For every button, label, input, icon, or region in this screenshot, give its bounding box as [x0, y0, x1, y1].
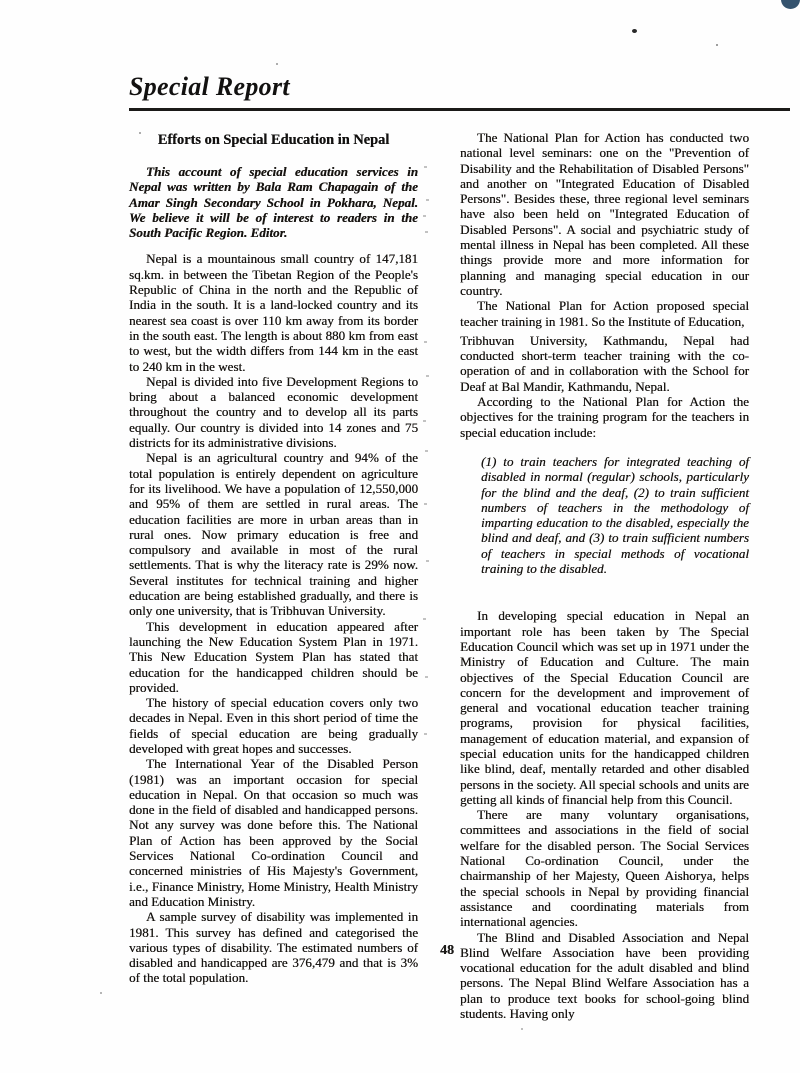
right-column: The National Plan for Action has conduct…	[460, 130, 749, 1021]
ink-speck	[716, 44, 718, 46]
paragraph: Nepal is an agricultural country and 94%…	[129, 450, 418, 618]
article-title: Efforts on Special Education in Nepal	[129, 132, 418, 148]
paragraph: Nepal is a mountainous small country of …	[129, 251, 418, 373]
paragraph: The National Plan for Action has conduct…	[460, 130, 749, 298]
paragraph: There are many voluntary organisations, …	[460, 807, 749, 929]
scanned-page: Special Report Efforts on Special Educat…	[0, 0, 800, 1073]
paragraph-continuation: Tribhuvan University, Kathmandu, Nepal h…	[460, 333, 749, 394]
ink-speck	[632, 29, 637, 33]
gutter-mark	[424, 503, 427, 505]
paragraph: In developing special education in Nepal…	[460, 608, 749, 807]
gutter-mark	[424, 341, 427, 343]
training-objectives-quote: (1) to train teachers for integrated tea…	[460, 454, 749, 576]
editor-note: This account of special education servic…	[129, 164, 418, 240]
gutter-mark	[425, 231, 428, 233]
ink-speck	[276, 63, 278, 65]
paragraph: The International Year of the Disabled P…	[129, 756, 418, 909]
ink-speck	[139, 132, 141, 134]
paragraph: According to the National Plan for Actio…	[460, 394, 749, 440]
gutter-mark	[425, 676, 428, 678]
gutter-mark	[426, 560, 429, 562]
section-header-title: Special Report	[129, 72, 790, 102]
paragraph: Nepal is divided into five Development R…	[129, 374, 418, 450]
gutter-mark	[423, 618, 426, 620]
gutter-mark	[423, 215, 426, 217]
gutter-mark	[426, 375, 429, 377]
paragraph: The history of special education covers …	[129, 695, 418, 756]
paragraph: A sample survey of disability was implem…	[129, 909, 418, 985]
paragraph: The Blind and Disabled Association and N…	[460, 930, 749, 1022]
ink-speck	[521, 1028, 523, 1030]
page-number: 48	[440, 943, 454, 959]
gutter-mark	[424, 166, 427, 168]
report-header: Special Report	[129, 72, 790, 111]
gutter-mark	[423, 420, 426, 422]
paragraph: This development in education appeared a…	[129, 619, 418, 695]
paragraph: The National Plan for Action proposed sp…	[460, 298, 749, 329]
gutter-mark	[425, 450, 428, 452]
gutter-mark	[424, 733, 427, 735]
ink-speck	[100, 992, 102, 994]
corner-stamp-mark	[781, 0, 800, 9]
header-rule	[129, 108, 790, 111]
gutter-mark	[426, 199, 429, 201]
article-body: Efforts on Special Education in Nepal Th…	[129, 130, 749, 1021]
left-column: Efforts on Special Education in Nepal Th…	[129, 130, 418, 1021]
